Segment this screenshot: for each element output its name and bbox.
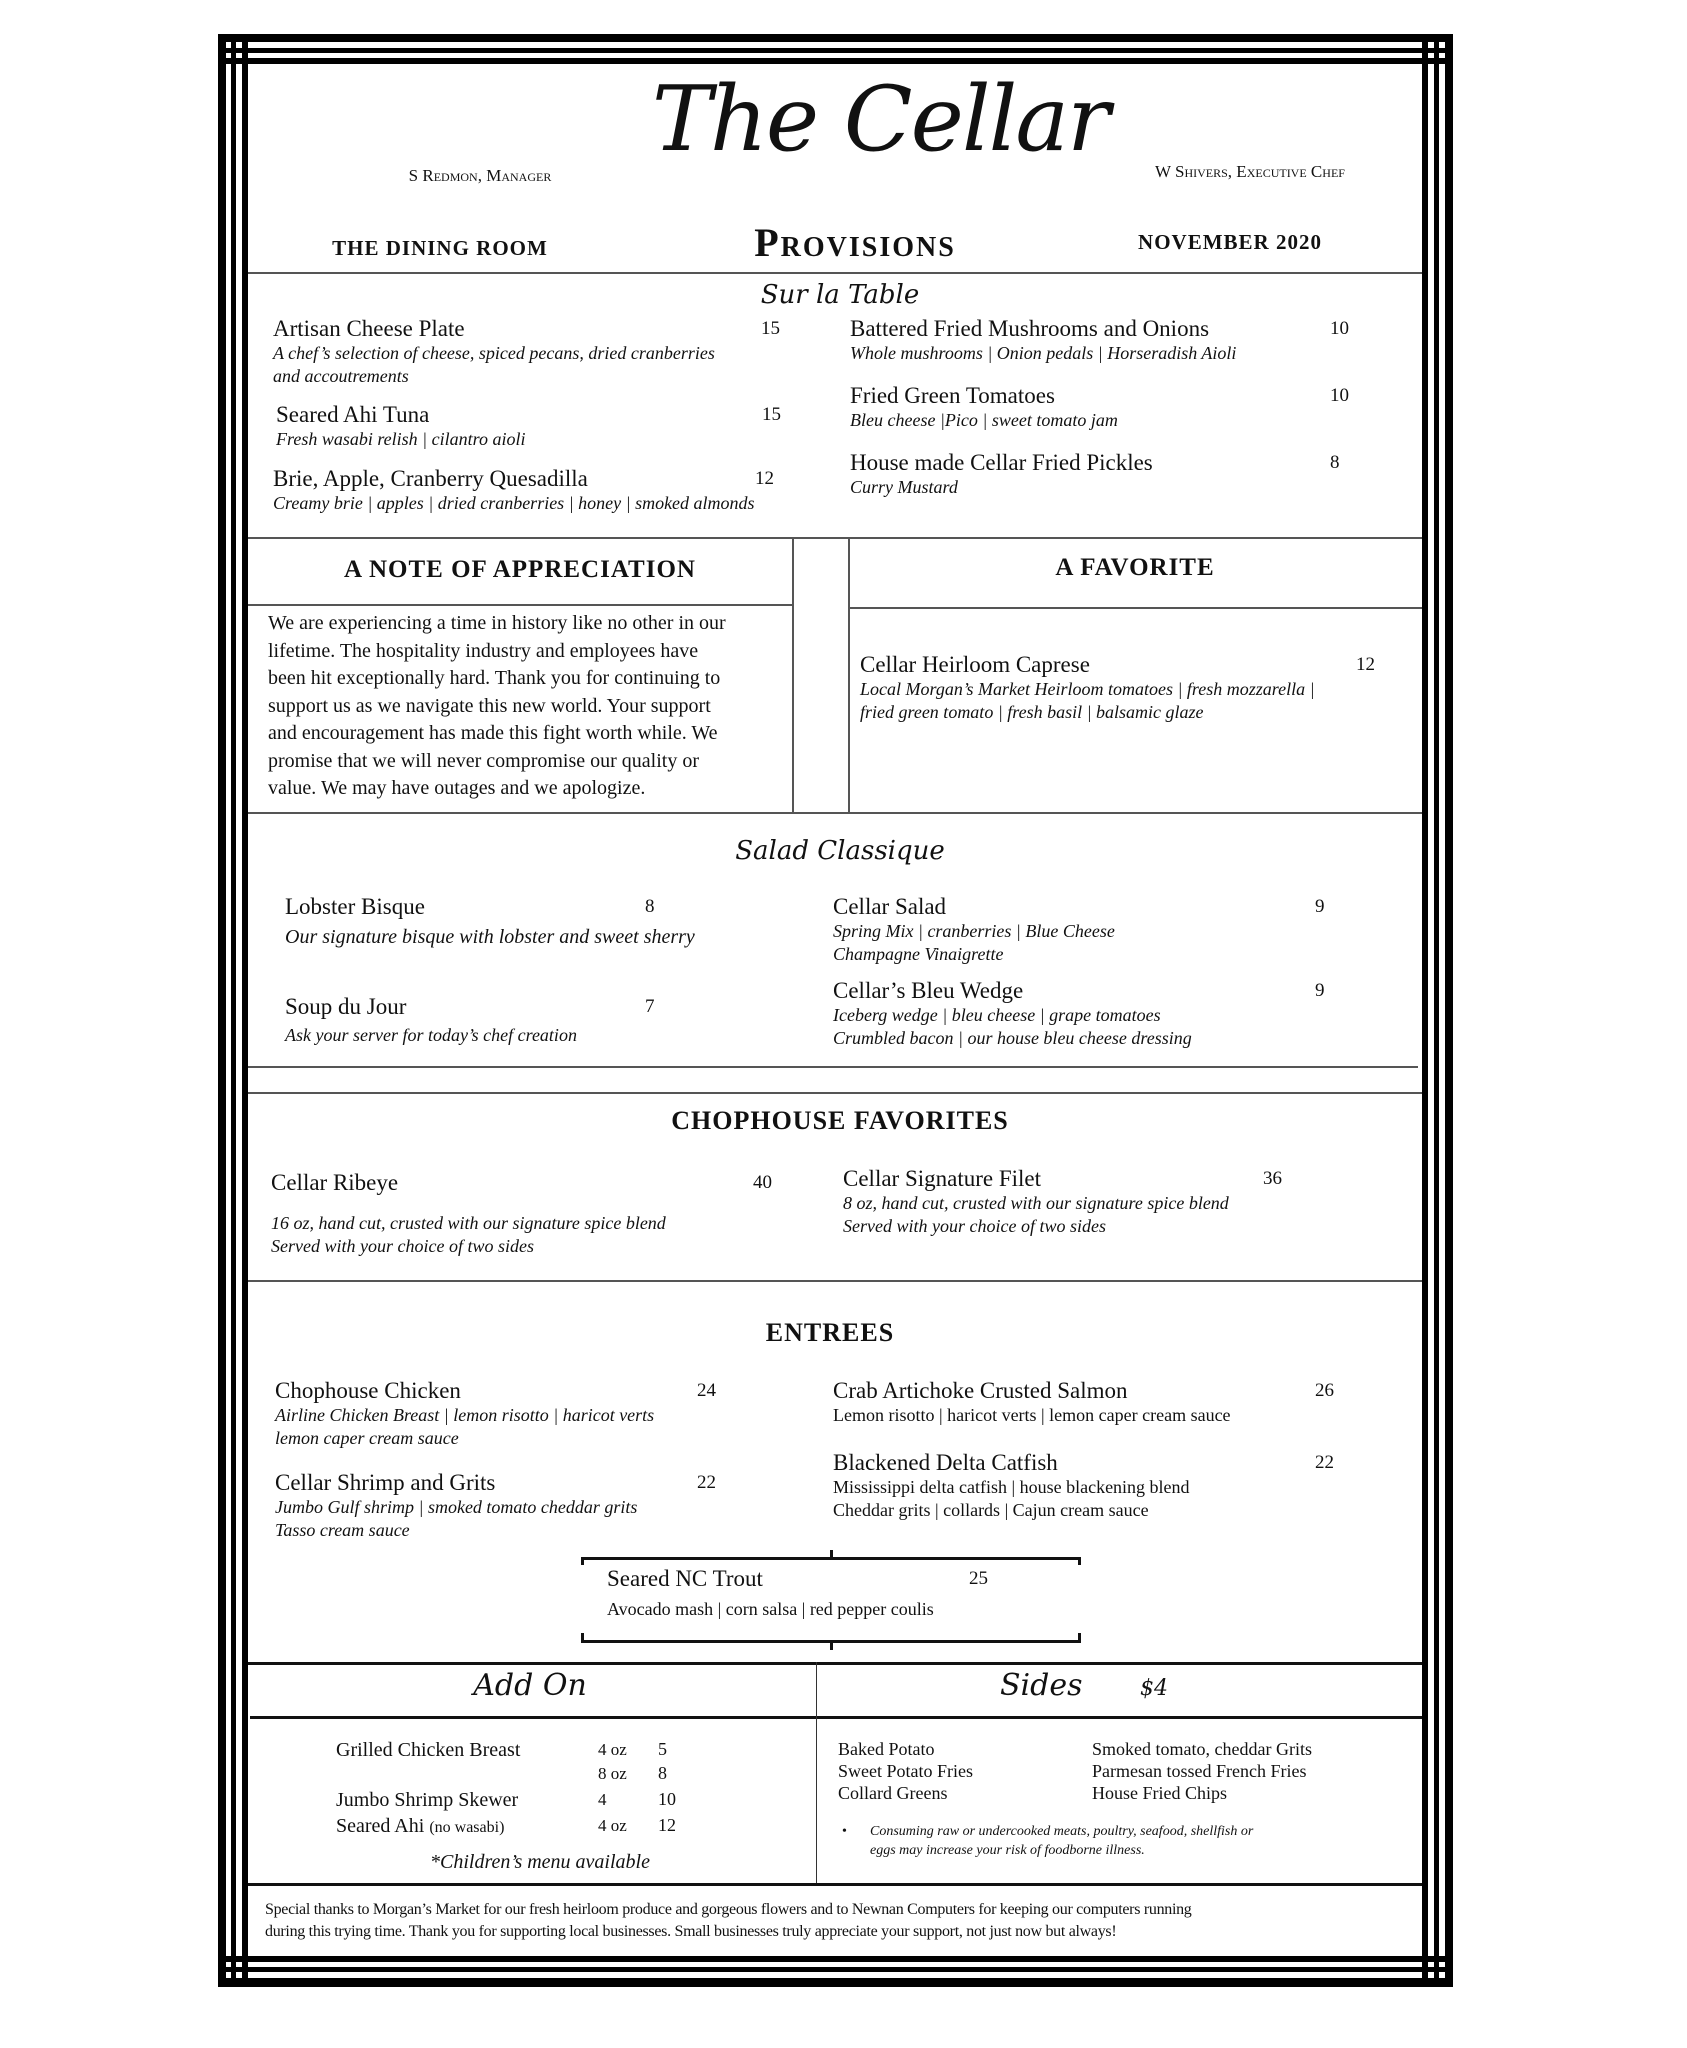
item-desc: Spring Mix | cranberries | Blue Cheese — [833, 920, 1353, 943]
side-item: Collard Greens — [838, 1782, 973, 1804]
item-desc: fried green tomato | fresh basil | balsa… — [860, 701, 1380, 724]
item-desc: Mississippi delta catfish | house blacke… — [833, 1476, 1353, 1499]
addon-name: Grilled Chicken Breast — [336, 1737, 520, 1763]
sides-title: Sides $4 — [1000, 1668, 1260, 1703]
item-price: 12 — [755, 468, 774, 490]
menu-item: Fried Green Tomatoes 10 Bleu cheese |Pic… — [850, 383, 1370, 432]
item-desc: Lemon risotto | haricot verts | lemon ca… — [833, 1404, 1353, 1427]
item-desc: Served with your choice of two sides — [271, 1235, 791, 1258]
addon-size: 4 oz — [598, 1740, 627, 1760]
item-name: House made Cellar Fried Pickles — [850, 450, 1370, 476]
item-desc: and accoutrements — [273, 365, 783, 388]
note-divider-left — [792, 537, 794, 812]
note-line: and encouragement has made this fight wo… — [268, 720, 790, 748]
header-divider — [248, 272, 1422, 274]
menu-item: Cellar’s Bleu Wedge 9 Iceberg wedge | bl… — [833, 978, 1353, 1050]
item-price: 8 — [1330, 452, 1340, 474]
item-desc: Avocado mash | corn salsa | red pepper c… — [607, 1598, 1027, 1621]
item-price: 7 — [645, 996, 655, 1018]
addon-size: 8 oz — [598, 1764, 627, 1784]
menu-item: Cellar Ribeye 40 16 oz, hand cut, cruste… — [271, 1170, 791, 1258]
note-line: We are experiencing a time in history li… — [268, 610, 790, 638]
menu-item: Blackened Delta Catfish 22 Mississippi d… — [833, 1450, 1353, 1522]
menu-item: Soup du Jour 7 Ask your server for today… — [285, 994, 805, 1047]
addon-sides-divider — [816, 1662, 817, 1883]
item-price: 24 — [697, 1380, 716, 1402]
menu-item: Battered Fried Mushrooms and Onions 10 W… — [850, 316, 1370, 365]
manager-name: S Redmon, Manager — [360, 166, 600, 186]
item-price: 40 — [753, 1172, 772, 1194]
addon-price: 5 — [658, 1739, 667, 1760]
item-name: Cellar Shrimp and Grits — [275, 1470, 795, 1496]
item-desc: Local Morgan’s Market Heirloom tomatoes … — [860, 678, 1380, 701]
menu-item: Cellar Signature Filet 36 8 oz, hand cut… — [843, 1166, 1363, 1238]
item-desc: Ask your server for today’s chef creatio… — [285, 1024, 805, 1047]
item-desc: Bleu cheese |Pico | sweet tomato jam — [850, 409, 1370, 432]
item-desc: A chef’s selection of cheese, spiced pec… — [273, 342, 783, 365]
side-item: Smoked tomato, cheddar Grits — [1092, 1738, 1312, 1760]
menu-name: Provisions — [720, 218, 990, 268]
favorite-item: Cellar Heirloom Caprese 12 Local Morgan’… — [860, 652, 1380, 724]
item-desc: 16 oz, hand cut, crusted with our signat… — [271, 1212, 791, 1235]
footer-thanks: Special thanks to Morgan’s Market for ou… — [265, 1899, 1192, 1943]
item-price: 9 — [1315, 896, 1325, 918]
item-desc: Curry Mustard — [850, 476, 1370, 499]
sides-title-text: Sides — [1000, 1668, 1083, 1703]
addon-name: Seared Ahi (no wasabi) — [336, 1813, 504, 1841]
sides-price: $4 — [1140, 1676, 1168, 1701]
addon-price: 10 — [658, 1789, 676, 1810]
item-desc: Creamy brie | apples | dried cranberries… — [273, 492, 833, 515]
item-desc: 8 oz, hand cut, crusted with our signatu… — [843, 1192, 1363, 1215]
item-name: Cellar Ribeye — [271, 1170, 791, 1196]
side-item: Baked Potato — [838, 1738, 973, 1760]
item-name: Artisan Cheese Plate — [273, 316, 783, 342]
note-line: lifetime. The hospitality industry and e… — [268, 638, 790, 666]
side-item: House Fried Chips — [1092, 1782, 1312, 1804]
item-name: Cellar Heirloom Caprese — [860, 652, 1380, 678]
chophouse-top-divider — [248, 1092, 1422, 1094]
menu-item: House made Cellar Fried Pickles 8 Curry … — [850, 450, 1370, 499]
item-desc: Tasso cream sauce — [275, 1519, 795, 1542]
addon-header-line — [250, 1716, 1422, 1719]
favorite-title: A FAVORITE — [850, 554, 1420, 582]
note-line: promise that we will never compromise ou… — [268, 748, 790, 776]
item-desc: lemon caper cream sauce — [275, 1427, 795, 1450]
note-title: A NOTE OF APPRECIATION — [250, 556, 790, 584]
side-item: Parmesan tossed French Fries — [1092, 1760, 1312, 1782]
section-title-entrees: ENTREES — [660, 1318, 1000, 1348]
item-name: Cellar Signature Filet — [843, 1166, 1363, 1192]
item-name: Chophouse Chicken — [275, 1378, 795, 1404]
chophouse-divider — [248, 1280, 1422, 1282]
item-name: Seared Ahi Tuna — [276, 402, 786, 428]
item-desc: Crumbled bacon | our house bleu cheese d… — [833, 1027, 1353, 1050]
item-price: 10 — [1330, 385, 1349, 407]
item-desc: Fresh wasabi relish | cilantro aioli — [276, 428, 786, 451]
addon-name: Jumbo Shrimp Skewer — [336, 1787, 518, 1813]
bullet-icon: • — [842, 1822, 847, 1841]
item-price: 25 — [969, 1568, 988, 1590]
item-price: 12 — [1356, 654, 1375, 676]
item-name: Seared NC Trout — [607, 1566, 1027, 1592]
item-name: Crab Artichoke Crusted Salmon — [833, 1378, 1353, 1404]
item-price: 22 — [697, 1472, 716, 1494]
addon-note: (no wasabi) — [429, 1819, 504, 1836]
item-desc: Jumbo Gulf shrimp | smoked tomato chedda… — [275, 1496, 795, 1519]
menu-item: Seared NC Trout 25 Avocado mash | corn s… — [607, 1566, 1027, 1621]
appreciation-note: We are experiencing a time in history li… — [268, 610, 790, 803]
item-name: Cellar Salad — [833, 894, 1353, 920]
item-price: 8 — [645, 896, 655, 918]
item-price: 10 — [1330, 318, 1349, 340]
note-line: support us as we navigate this new world… — [268, 693, 790, 721]
menu-item: Cellar Shrimp and Grits 22 Jumbo Gulf sh… — [275, 1470, 795, 1542]
section-title-chophouse: CHOPHOUSE FAVORITES — [560, 1106, 1120, 1136]
addon-size: 4 — [598, 1790, 607, 1810]
item-desc: Served with your choice of two sides — [843, 1215, 1363, 1238]
warning-line: Consuming raw or undercooked meats, poul… — [870, 1822, 1253, 1841]
item-desc: Iceberg wedge | bleu cheese | grape toma… — [833, 1004, 1353, 1027]
item-desc: Whole mushrooms | Onion pedals | Horsera… — [850, 342, 1370, 365]
item-name: Lobster Bisque — [285, 894, 805, 920]
item-name: Brie, Apple, Cranberry Quesadilla — [273, 466, 833, 492]
item-price: 15 — [762, 404, 781, 426]
item-name: Fried Green Tomatoes — [850, 383, 1370, 409]
restaurant-title: The Cellar — [640, 70, 1120, 170]
section-title-sur-la-table: Sur la Table — [690, 280, 990, 310]
footer-top-line — [248, 1883, 1422, 1886]
item-name: Soup du Jour — [285, 994, 805, 1020]
note-line: been hit exceptionally hard. Thank you f… — [268, 665, 790, 693]
menu-item: Crab Artichoke Crusted Salmon 26 Lemon r… — [833, 1378, 1353, 1427]
menu-date: NOVEMBER 2020 — [1110, 230, 1350, 255]
menu-item: Artisan Cheese Plate 15 A chef’s selecti… — [273, 316, 783, 388]
item-name: Battered Fried Mushrooms and Onions — [850, 316, 1370, 342]
footer-line: during this trying time. Thank you for s… — [265, 1921, 1192, 1943]
menu-name-text: Provisions — [754, 220, 956, 265]
menu-item: Brie, Apple, Cranberry Quesadilla 12 Cre… — [273, 466, 833, 515]
item-price: 9 — [1315, 980, 1325, 1002]
note-section-divider — [248, 812, 1422, 814]
addon-top-line — [248, 1662, 1422, 1665]
addon-price: 12 — [658, 1815, 676, 1836]
dining-room-label: THE DINING ROOM — [310, 236, 570, 261]
salad-divider — [248, 1066, 1418, 1068]
note-header-line — [248, 604, 792, 606]
menu-item: Chophouse Chicken 24 Airline Chicken Bre… — [275, 1378, 795, 1450]
addon-title: Add On — [400, 1668, 660, 1703]
chef-name: W Shivers, Executive Chef — [1120, 162, 1380, 182]
warning-line: eggs may increase your risk of foodborne… — [870, 1841, 1253, 1860]
footer-line: Special thanks to Morgan’s Market for ou… — [265, 1899, 1192, 1921]
addon-size: 4 oz — [598, 1816, 627, 1836]
menu-item: Lobster Bisque 8 Our signature bisque wi… — [285, 894, 805, 949]
section-title-salad: Salad Classique — [690, 836, 990, 866]
favorite-header-line — [848, 607, 1422, 609]
item-price: 22 — [1315, 1452, 1334, 1474]
item-name: Cellar’s Bleu Wedge — [833, 978, 1353, 1004]
childrens-menu-note: *Children’s menu available — [300, 1851, 780, 1874]
item-desc: Airline Chicken Breast | lemon risotto |… — [275, 1404, 795, 1427]
item-price: 15 — [761, 318, 780, 340]
item-desc: Our signature bisque with lobster and sw… — [285, 926, 805, 949]
item-desc: Champagne Vinaigrette — [833, 943, 1353, 966]
addon-name-text: Seared Ahi — [336, 1815, 424, 1837]
food-safety-warning: • Consuming raw or undercooked meats, po… — [838, 1822, 1253, 1860]
menu-item: Seared Ahi Tuna 15 Fresh wasabi relish |… — [276, 402, 786, 451]
item-desc: Cheddar grits | collards | Cajun cream s… — [833, 1499, 1353, 1522]
note-line: value. We may have outages and we apolog… — [268, 775, 790, 803]
menu-item: Cellar Salad 9 Spring Mix | cranberries … — [833, 894, 1353, 966]
addon-price: 8 — [658, 1763, 667, 1784]
side-item: Sweet Potato Fries — [838, 1760, 973, 1782]
item-price: 26 — [1315, 1380, 1334, 1402]
appetizers-divider — [248, 537, 1422, 539]
item-price: 36 — [1263, 1168, 1282, 1190]
item-name: Blackened Delta Catfish — [833, 1450, 1353, 1476]
